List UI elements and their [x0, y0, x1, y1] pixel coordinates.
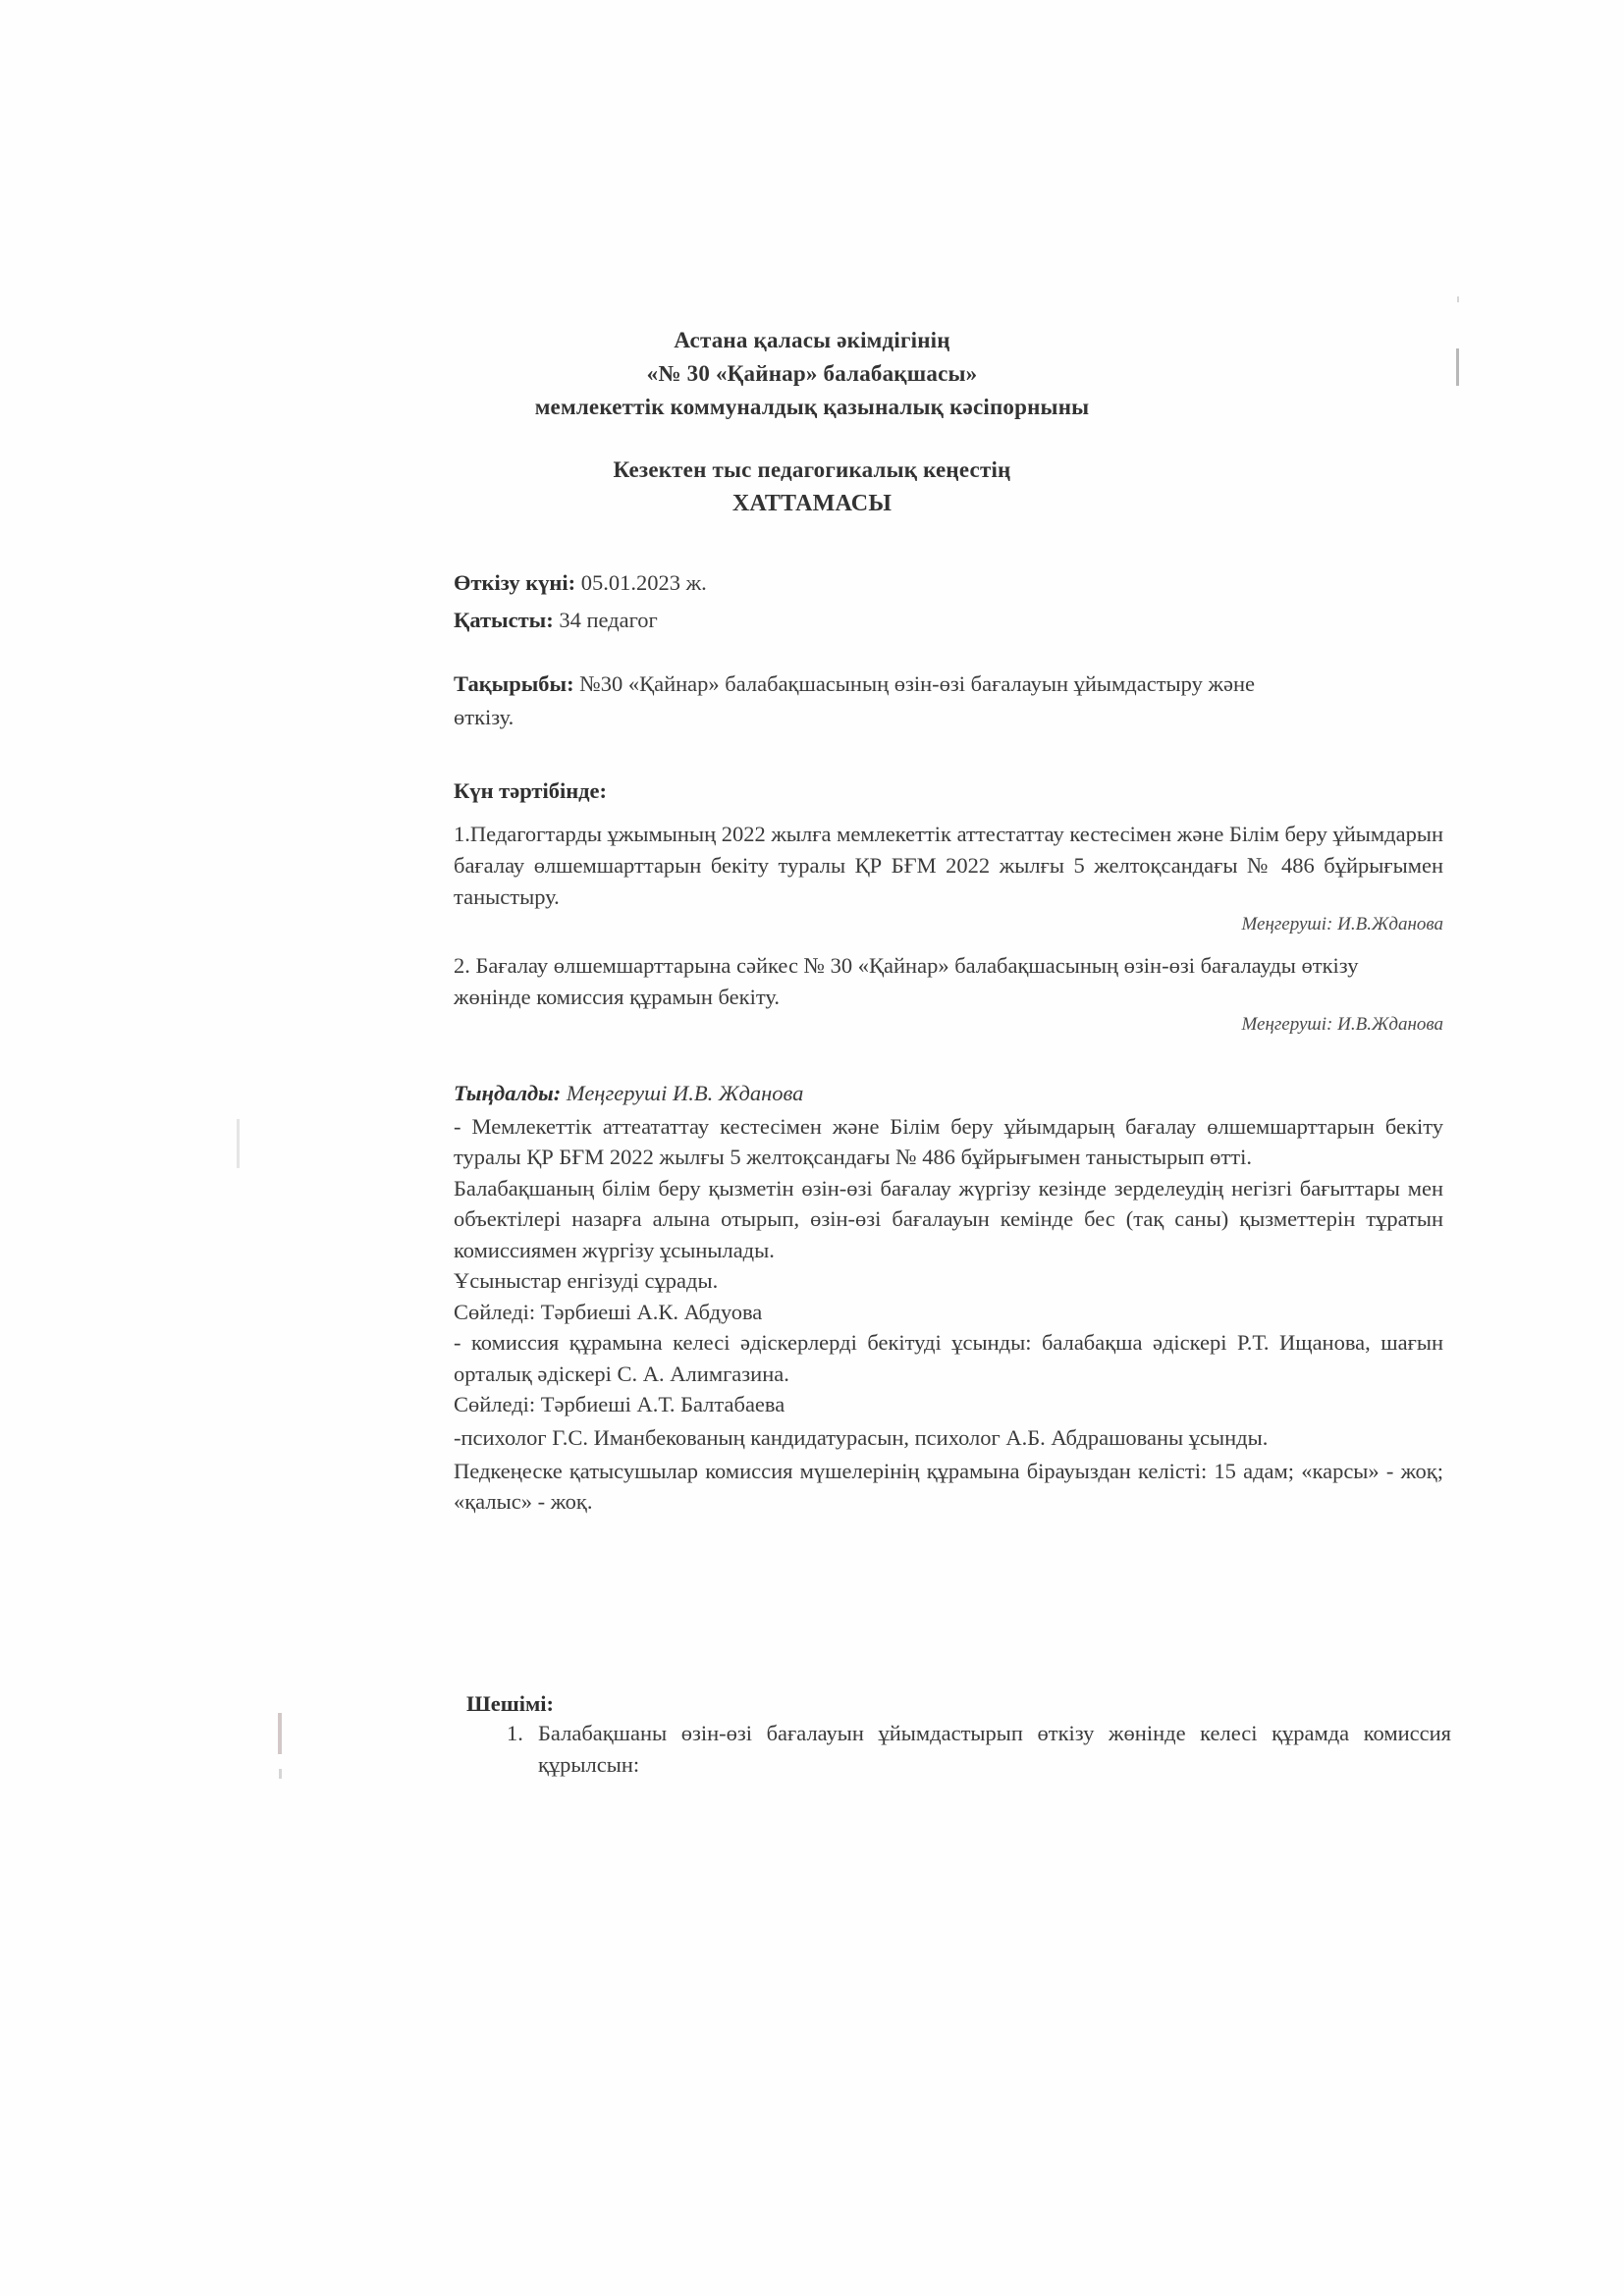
title-subline: Кезектен тыс педагогикалық кеңестің [0, 454, 1624, 487]
attendees-label: Қатысты: [454, 608, 554, 632]
decision-item: 1. Балабақшаны өзін-өзі бағалауын ұйымда… [538, 1718, 1451, 1781]
meeting-topic: Тақырыбы: №30 «Қайнар» балабақшасының өз… [454, 667, 1269, 734]
scan-mark [237, 1119, 240, 1168]
meeting-meta: Өткізу күні: 05.01.2023 ж. Қатысты: 34 п… [454, 564, 1443, 639]
scan-mark [1456, 348, 1459, 386]
agenda-item-text: 1.Педагогтарды ұжымының 2022 жылға мемле… [454, 819, 1443, 913]
title-main: ХАТТАМАСЫ [0, 487, 1624, 520]
scan-mark [279, 1769, 282, 1779]
scan-mark [1457, 296, 1459, 302]
agenda-item-responsible: Меңгеруші: И.В.Жданова [454, 1013, 1443, 1037]
org-line-1: Астана қаласы әкімдігінің [0, 324, 1624, 357]
agenda-item-responsible: Меңгеруші: И.В.Жданова [454, 913, 1443, 936]
organization-header: Астана қаласы әкімдігінің «№ 30 «Қайнар»… [0, 324, 1624, 424]
meeting-attendees: Қатысты: 34 педагог [454, 602, 1443, 639]
attendees-value: 34 педагог [554, 608, 658, 632]
agenda-heading: Күн тәртібінде: [454, 775, 1443, 806]
speaker-line: Сөйледі: Тәрбиеші А.Т. Балтабаева [454, 1389, 1443, 1420]
topic-text: №30 «Қайнар» балабақшасының өзін-өзі бағ… [454, 671, 1255, 729]
agenda-item-text: 2. Бағалау өлшемшарттарына сәйкес № 30 «… [454, 950, 1426, 1013]
heard-paragraph: - Мемлекеттік аттеататтау кестесімен жән… [454, 1111, 1443, 1173]
agenda-item: 1.Педагогтарды ұжымының 2022 жылға мемле… [454, 819, 1443, 936]
heard-paragraph: Ұсыныстар енгізуді сұрады. [454, 1265, 1443, 1297]
scan-mark [278, 1713, 282, 1754]
date-value: 05.01.2023 ж. [575, 570, 707, 595]
decision-heading: Шешімі: [466, 1688, 1456, 1719]
heard-label: Тыңдалды: [454, 1081, 561, 1105]
org-line-3: мемлекеттік коммуналдық қазыналық кәсіпо… [0, 391, 1624, 424]
vote-result: Педкеңеске қатысушылар комиссия мүшелері… [454, 1456, 1443, 1518]
org-line-2: «№ 30 «Қайнар» балабақшасы» [0, 357, 1624, 391]
document-title: Кезектен тыс педагогикалық кеңестің ХАТТ… [0, 454, 1624, 520]
heard-paragraph: - комиссия құрамына келесі әдіскерлерді … [454, 1327, 1443, 1389]
heard-section: Тыңдалды: Меңгеруші И.В. Жданова - Мемле… [454, 1078, 1443, 1518]
topic-label: Тақырыбы: [454, 671, 574, 696]
heard-speaker: Меңгеруші И.В. Жданова [561, 1081, 803, 1105]
decision-item-text: Балабақшаны өзін-өзі бағалауын ұйымдасты… [538, 1718, 1451, 1781]
meeting-date: Өткізу күні: 05.01.2023 ж. [454, 564, 1443, 602]
decision-item-number: 1. [507, 1718, 523, 1749]
date-label: Өткізу күні: [454, 570, 575, 595]
heard-header: Тыңдалды: Меңгеруші И.В. Жданова [454, 1078, 1443, 1109]
speaker-line: Сөйледі: Тәрбиеші А.К. Абдуова [454, 1297, 1443, 1328]
scanned-page: Астана қаласы әкімдігінің «№ 30 «Қайнар»… [0, 0, 1624, 2296]
heard-paragraph: Балабақшаның білім беру қызметін өзін-өз… [454, 1173, 1443, 1266]
agenda-item: 2. Бағалау өлшемшарттарына сәйкес № 30 «… [454, 950, 1443, 1037]
heard-paragraph: -психолог Г.С. Иманбекованың кандидатура… [454, 1420, 1443, 1456]
